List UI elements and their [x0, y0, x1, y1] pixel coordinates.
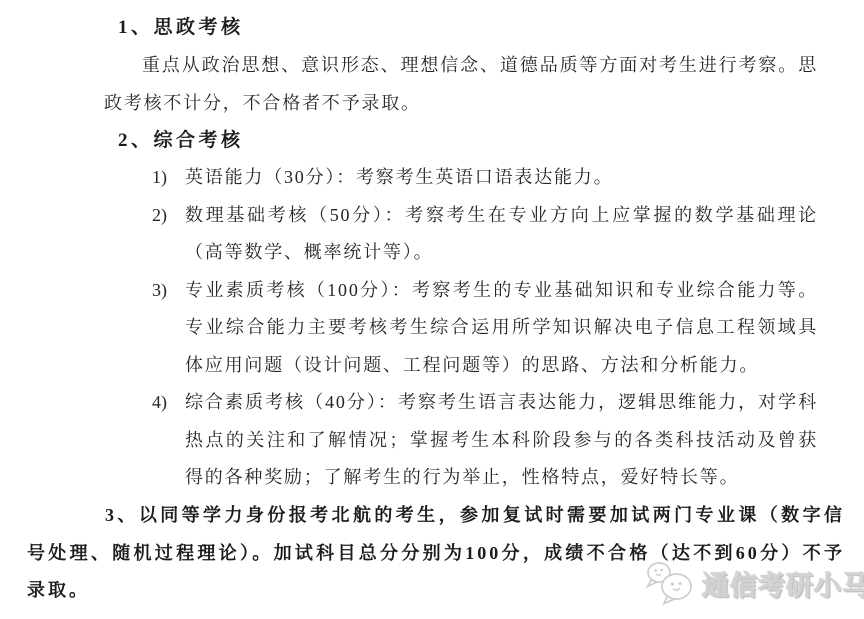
list-item-english: 1)英语能力（30分）：考察考生英语口语表达能力。	[152, 159, 818, 197]
list-marker: 4)	[152, 384, 167, 422]
list-marker: 3)	[152, 272, 167, 310]
list-item-comprehensive-quality: 4)综合素质考核（40分）：考察考生语言表达能力，逻辑思维能力，对学科热点的关注…	[152, 384, 818, 497]
watermark-text: 通信考研小马哥	[702, 564, 864, 603]
list-marker: 2)	[152, 197, 167, 235]
assessment-item-list: 1)英语能力（30分）：考察考生英语口语表达能力。 2)数理基础考核（50分）：…	[152, 159, 818, 497]
section-heading-zonghe-kaohe: 2、综合考核	[118, 122, 244, 160]
list-item-text: 英语能力（30分）：考察考生英语口语表达能力。	[185, 167, 613, 187]
wechat-bubbles-icon	[643, 560, 697, 606]
paragraph-sizheng-detail: 重点从政治思想、意识形态、理想信念、道德品质等方面对考生进行考察。思政考核不计分…	[104, 47, 818, 122]
document-page: 1、思政考核 重点从政治思想、意识形态、理想信念、道德品质等方面对考生进行考察。…	[0, 0, 864, 619]
list-item-text: 专业素质考核（100分）：考察考生的专业基础知识和专业综合能力等。专业综合能力主…	[185, 280, 818, 375]
list-marker: 1)	[152, 159, 167, 197]
watermark: 通信考研小马哥	[643, 560, 864, 606]
section-heading-sizheng-kaohe: 1、思政考核	[118, 9, 244, 47]
list-item-math-basis: 2)数理基础考核（50分）：考察考生在专业方向上应掌握的数学基础理论（高等数学、…	[152, 197, 818, 272]
list-item-text: 数理基础考核（50分）：考察考生在专业方向上应掌握的数学基础理论（高等数学、概率…	[185, 205, 818, 263]
list-item-text: 综合素质考核（40分）：考察考生语言表达能力，逻辑思维能力，对学科热点的关注和了…	[185, 392, 818, 487]
list-item-professional-quality: 3)专业素质考核（100分）：考察考生的专业基础知识和专业综合能力等。专业综合能…	[152, 272, 818, 385]
